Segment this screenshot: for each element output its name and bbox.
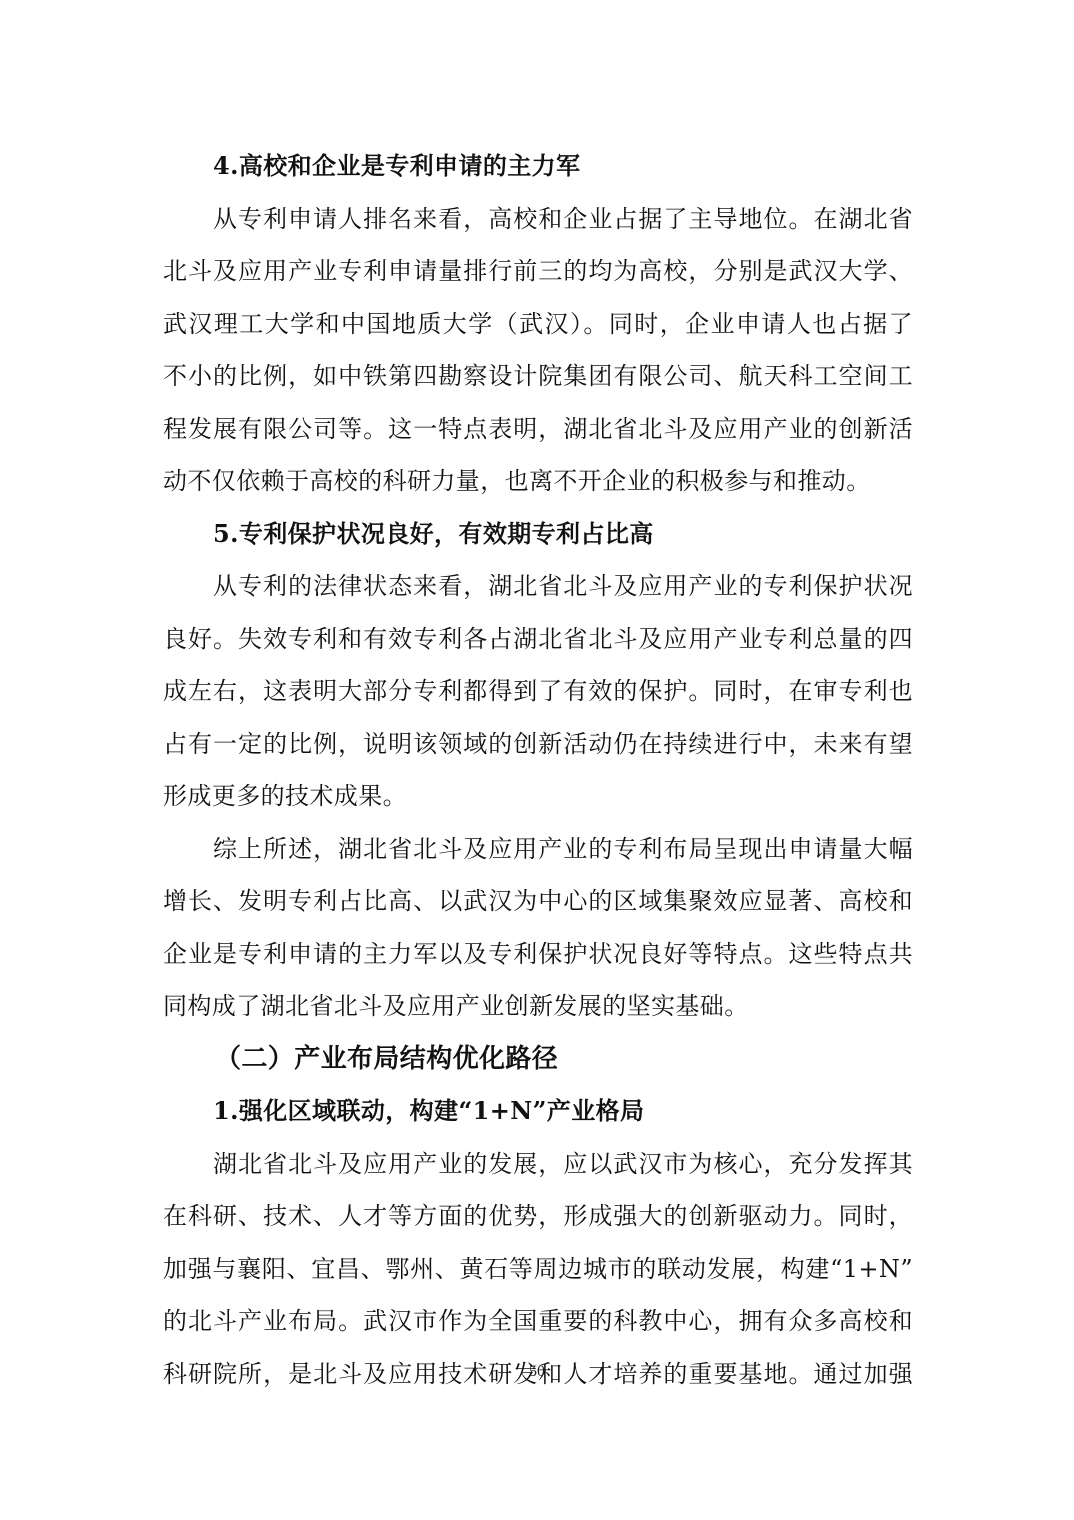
- paragraph-line: 湖北省北斗及应用产业的发展，应以武汉市为核心，充分发挥其: [163, 1138, 913, 1191]
- subheading-5: 5.专利保护状况良好，有效期专利占比高: [163, 508, 913, 561]
- paragraph-line: 从专利申请人排名来看，高校和企业占据了主导地位。在湖北省: [163, 193, 913, 246]
- paragraph-regional-linkage: 湖北省北斗及应用产业的发展，应以武汉市为核心，充分发挥其 在科研、技术、人才等方…: [163, 1138, 913, 1401]
- paragraph-line: 形成更多的技术成果。: [163, 770, 913, 823]
- paragraph-legal-status: 从专利的法律状态来看，湖北省北斗及应用产业的专利保护状况 良好。失效专利和有效专…: [163, 560, 913, 823]
- paragraph-line: 加强与襄阳、宜昌、鄂州、黄石等周边城市的联动发展，构建“1+N”: [163, 1243, 913, 1296]
- paragraph-line: 占有一定的比例，说明该领域的创新活动仍在持续进行中，未来有望: [163, 718, 913, 771]
- paragraph-line: 的北斗产业布局。武汉市作为全国重要的科教中心，拥有众多高校和: [163, 1295, 913, 1348]
- paragraph-line: 北斗及应用产业专利申请量排行前三的均为高校，分别是武汉大学、: [163, 245, 913, 298]
- paragraph-line: 增长、发明专利占比高、以武汉为中心的区域集聚效应显著、高校和: [163, 875, 913, 928]
- paragraph-line: 良好。失效专利和有效专利各占湖北省北斗及应用产业专利总量的四: [163, 613, 913, 666]
- paragraph-summary: 综上所述，湖北省北斗及应用产业的专利布局呈现出申请量大幅 增长、发明专利占比高、…: [163, 823, 913, 1033]
- paragraph-line: 成左右，这表明大部分专利都得到了有效的保护。同时，在审专利也: [163, 665, 913, 718]
- paragraph-line: 在科研、技术、人才等方面的优势，形成强大的创新驱动力。同时，: [163, 1190, 913, 1243]
- paragraph-applicants: 从专利申请人排名来看，高校和企业占据了主导地位。在湖北省 北斗及应用产业专利申请…: [163, 193, 913, 508]
- document-page: 4.高校和企业是专利申请的主力军 从专利申请人排名来看，高校和企业占据了主导地位…: [163, 140, 913, 1400]
- page-number: 50: [0, 1363, 1074, 1381]
- section-heading: （二）产业布局结构优化路径: [163, 1033, 913, 1086]
- paragraph-line: 武汉理工大学和中国地质大学（武汉）。同时，企业申请人也占据了: [163, 298, 913, 351]
- paragraph-line: 从专利的法律状态来看，湖北省北斗及应用产业的专利保护状况: [163, 560, 913, 613]
- paragraph-line: 综上所述，湖北省北斗及应用产业的专利布局呈现出申请量大幅: [163, 823, 913, 876]
- paragraph-line: 同构成了湖北省北斗及应用产业创新发展的坚实基础。: [163, 980, 913, 1033]
- paragraph-line: 动不仅依赖于高校的科研力量，也离不开企业的积极参与和推动。: [163, 455, 913, 508]
- subheading-4: 4.高校和企业是专利申请的主力军: [163, 140, 913, 193]
- paragraph-line: 不小的比例，如中铁第四勘察设计院集团有限公司、航天科工空间工: [163, 350, 913, 403]
- paragraph-line: 企业是专利申请的主力军以及专利保护状况良好等特点。这些特点共: [163, 928, 913, 981]
- subheading-1: 1.强化区域联动，构建“1+N”产业格局: [163, 1085, 913, 1138]
- paragraph-line: 程发展有限公司等。这一特点表明，湖北省北斗及应用产业的创新活: [163, 403, 913, 456]
